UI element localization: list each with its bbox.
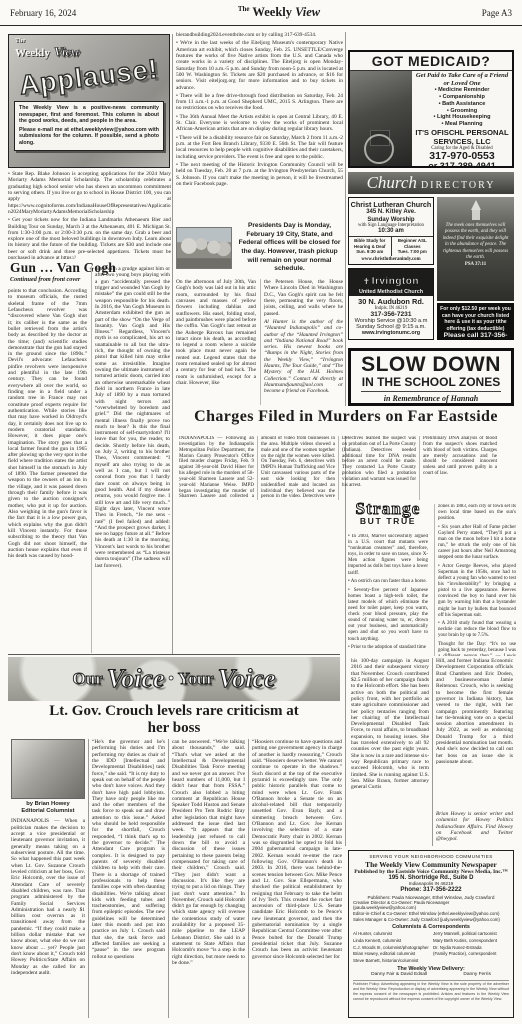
bullet-item: • State Rep. Blake Johnson is accepting … [8, 171, 171, 215]
columnists-right: Jerry Mannell, political cartoonist Mary… [433, 931, 509, 964]
community-bullets-middle: bierandbuilding2024.eventbrite.com or by… [176, 32, 343, 218]
opinion-headline-line-1: Lt. Gov. Crouch levels rare criticism at [8, 703, 340, 720]
medicaid-bullet: • Light Housekeeping [415, 114, 509, 121]
column-rule [345, 32, 346, 406]
opinion-article: by Brian Howey Editorial Columnist INDIA… [8, 739, 345, 1018]
church-directory-caps: Directory [421, 180, 496, 191]
strange-column-2: zones in 1883, each city or town set its… [434, 504, 516, 656]
strange-item: • Seventy-five percent of Japanese homes… [348, 588, 428, 643]
church-directory-header: Church Directory [348, 172, 514, 194]
van-gogh-column-4-text: the Petersen House, the House Where Linc… [264, 279, 343, 317]
applause-body: The Weekly View is a positive-news commu… [19, 105, 159, 125]
masthead-serving: SERVING YOUR NEIGHBORHOOD COMMUNITIES [353, 854, 509, 859]
howey-photo [11, 739, 85, 799]
columnist: Linda Kennett, columnist [353, 938, 429, 945]
page-header: February 16, 2024 The Weekly View Page A… [0, 0, 522, 26]
strange-item: zones in 1883, each city or town set its… [438, 504, 516, 522]
psalm-reference: PSA 37:11 [437, 262, 514, 267]
columnist: Mary Beth Kutins, correspondent [433, 938, 509, 945]
christ-lutheran-address: 345 N. Kitley Ave. [349, 209, 433, 215]
bullet-item: • There will be a disability resource fa… [176, 135, 343, 160]
strange-item: Thought for the Day: “It's no use going … [438, 642, 516, 656]
medicaid-subtitle: Get Paid to Take Care of a Friend or Lov… [415, 72, 509, 87]
publisher-policy: Publisher Policy: Advertising appearing … [353, 980, 509, 1002]
applause-text-box: The Weekly View is a positive-news commu… [14, 101, 164, 151]
charges-column-1: INDIANAPOLIS — Following an investigatio… [176, 436, 257, 500]
masthead-box: SERVING YOUR NEIGHBORHOOD COMMUNITIES Th… [348, 850, 514, 1018]
but-true-logo-text: BUT TRUE [348, 517, 428, 526]
strange-item: • Actor George Reeves, who played Superm… [438, 564, 516, 619]
opinion-column-4: “Hoosiers continue to have questions and… [248, 739, 345, 1018]
masthead-publishers: Publishers: Paula Nicewanger, Ethel Wins… [353, 895, 509, 900]
columnist: Jerry Mannell, political cartoonist [433, 931, 509, 938]
offer-phone: Please call 317-356-2222 [440, 332, 511, 340]
medicaid-bullet: • Medicine Reminder [415, 87, 509, 94]
irvington-logo-band: ✝Irvington United Methodist Church [349, 269, 433, 296]
bullet-item: • The next meeting of the Historic Irvin… [176, 162, 343, 187]
slow-down-line-2: IN THE SCHOOL ZONES [351, 376, 511, 389]
opinion-column-5-text: his 100-day campaign in August 2016 and … [351, 658, 429, 846]
opinion-headline: Lt. Gov. Crouch levels rare criticism at… [8, 703, 340, 737]
medicaid-ad: GOT MEDICAID? Get Paid to Take Care of a… [348, 50, 514, 168]
medicaid-phone-2: or 317-289-4941 [415, 162, 509, 168]
byline-title: Editorial Columnist [11, 808, 85, 815]
medicaid-bullet: • Companionship [415, 94, 509, 101]
columnist: (Family Practice), correspondent [433, 951, 509, 958]
strange-item: • Prior to the adoption of standard time [348, 645, 428, 651]
presidents-day-text: Presidents Day is Monday, February 19 Ci… [236, 222, 343, 273]
strange-item: • Six years after Hall of Fame pitcher G… [438, 525, 516, 562]
banner-our: Our [73, 669, 103, 689]
charges-column-2: amount of video from businesses in the a… [257, 436, 338, 500]
church-listing-offer: For only $12.50 per week you can have yo… [437, 303, 514, 340]
medicaid-company-1: IT'S OFISCHL PERSONAL [415, 129, 509, 137]
church-steeple-photo: The meek ones themselves will possess th… [437, 197, 514, 301]
opinion-author-bio: Brian Howey is senior writer and columni… [436, 811, 513, 845]
masthead-phone: Phone: 317-356-2222 [353, 886, 509, 893]
opinion-right-columns: his 100-day campaign in August 2016 and … [348, 658, 516, 846]
masthead-owner: Creative Director & Co-Owner: Paula Nice… [353, 900, 509, 911]
newspaper-masthead: The Weekly View [238, 5, 320, 20]
column-rule [172, 34, 173, 654]
opinion-column-6: Hill, and former Indiana Economic Develo… [432, 658, 516, 846]
opinion-column-3-text: can be answered. “We're talking about th… [172, 739, 245, 1018]
opinion-column-5: his 100-day campaign in August 2016 and … [348, 658, 432, 846]
applause-ad: The Weekly View Applause! The Weekly Vie… [8, 34, 170, 168]
charges-headline: Charges Filed in Murders on Far Eastside [176, 408, 516, 426]
columnists-left: Al Hunter, columnist Linda Kennett, colu… [353, 931, 429, 964]
applause-body-2: Please e-mail me at ethel.weeklyview@yah… [19, 127, 159, 147]
strange-logo-text: Strange [348, 500, 428, 517]
christ-lutheran-time: 10:30 am [349, 228, 433, 234]
medicaid-bullet: • Bath Assistance [415, 101, 509, 108]
masthead-weekly: Weekly [252, 5, 292, 19]
columnists-list: Al Hunter, columnist Linda Kennett, colu… [353, 931, 509, 964]
applause-logo-weekly: Weekly [15, 47, 50, 59]
medicaid-company-2: SERVICES, LLC [415, 138, 509, 146]
irvington-phone: 317-356-7231 [349, 311, 433, 318]
opinion-column-1: by Brian Howey Editorial Columnist INDIA… [8, 739, 88, 1018]
presidents-day-notice: Presidents Day is Monday, February 19 Ci… [176, 222, 343, 274]
van-gogh-column-1: points to that conclusion. According to … [8, 288, 87, 653]
banner-voice-2: Voice [218, 664, 276, 694]
strange-column-1: • In 2003, Marvel successfully argued in… [348, 534, 428, 656]
page-date: February 16, 2024 [10, 8, 76, 18]
masthead-owner: Editor-in-Chief & Co-Owner: Ethel Winslo… [353, 911, 509, 917]
van-gogh-column-3: On the afternoon of July 30th, Van Gogh'… [176, 279, 256, 405]
bullet-item: bierandbuilding2024.eventbrite.com or by… [176, 32, 343, 38]
asl-classes-time: Tues. 7:00 pm [393, 249, 433, 255]
opinion-column-1-text: INDIANAPOLIS — When a politician makes t… [11, 818, 85, 1004]
columnist: C.J. Woods III, columnist/photographer [353, 945, 429, 952]
medicaid-bullet: • Meal Planning [415, 121, 509, 128]
medicaid-ad-body: Get Paid to Take Care of a Friend or Lov… [350, 71, 512, 168]
christ-lutheran-website: www.christlutheranindy.com [349, 256, 433, 263]
steeple-spire-shape [471, 200, 481, 210]
opinion-headline-line-2: her boss [8, 720, 340, 737]
bullet-item: • We're in the last weeks of the Eiteljo… [176, 40, 343, 91]
continued-note: Continued from front cover [10, 276, 100, 283]
van-gogh-author-bio: Al Hunter is the author of the “Haunted … [264, 319, 343, 395]
applause-logo-view: View [54, 44, 80, 59]
christ-lutheran-name: Christ Lutheran Church [349, 198, 433, 209]
delivery-name: Danny Ferris [463, 972, 490, 977]
masthead-owner: Sales Manager & Co-Owner: Judy Crawford … [353, 917, 509, 923]
delivery-name: Danny Fair & David Edsall [371, 972, 427, 977]
van-gogh-column-2: lums with a grudge against him or after … [91, 266, 170, 653]
medicaid-bullet: • Grooming [415, 108, 509, 115]
opinion-column-3: can be answered. “We're talking about th… [168, 739, 248, 1018]
columnist: Dr. Nydia Nunez-Estrada [433, 945, 509, 952]
columnist: Brian Howey, editorial columnist [353, 951, 429, 958]
columnists-header: Columnists & Correspondents [353, 924, 509, 930]
opinion-column-2-text: “He's the governor and he's performing h… [92, 739, 165, 1018]
irvington-name: Irvington [372, 276, 419, 287]
medicaid-ad-text: Get Paid to Take Care of a Friend or Lov… [412, 71, 512, 168]
christ-lutheran-schedule: Bible Study for Hearing & Deaf Sun. 9:30… [349, 236, 433, 256]
van-gogh-column-4: the Petersen House, the House Where Linc… [260, 279, 343, 405]
masthead-the: The [238, 5, 250, 13]
irvington-address: 30 N. Audubon Rd. [349, 297, 433, 306]
irvington-website: www.irvingtonumc.org [349, 330, 433, 337]
our-voice-banner: Our Voice • Your Voice [8, 657, 340, 701]
offer-text: For only $12.50 per week you can have yo… [440, 306, 511, 332]
asl-classes-cell: Beginner ASL Classes Tues. 7:00 pm [391, 237, 434, 256]
bible-study-label: Bible Study for Hearing & Deaf [350, 238, 390, 249]
psalm-verse: The meek ones themselves will possess th… [437, 220, 514, 261]
irvington-denomination: United Methodist Church [349, 289, 433, 295]
rushmore-photo [176, 227, 232, 269]
banner-your: Your [178, 669, 214, 689]
slow-down-notice: SLOW DOWN IN THE SCHOOL ZONES in Remembr… [348, 348, 514, 406]
wheelchair-wheel-shape [364, 134, 394, 164]
slow-down-line-1: SLOW DOWN [351, 354, 511, 376]
delivery-names: Danny Fair & David Edsall Danny Ferris [353, 972, 509, 977]
strange-but-true-logo: Strange BUT TRUE [348, 500, 428, 526]
bullet-item: • The 36th Annual Meet the Artists exhib… [176, 114, 343, 133]
bible-study-time: Sun. 9:30 am [350, 249, 390, 255]
masthead-title: The Weekly View Community Newspaper [353, 860, 509, 869]
cross-icon: ✝ [363, 277, 370, 286]
irvington-umc-ad: ✝Irvington United Methodist Church 30 N.… [348, 268, 434, 340]
banner-voice-1: Voice [107, 664, 165, 694]
columnist: Al Hunter, columnist [353, 931, 429, 938]
christ-lutheran-ad: Christ Lutheran Church 345 N. Kitley Ave… [348, 197, 434, 265]
wheelchair-photo [350, 71, 412, 168]
steeple-tower-shape [472, 210, 480, 220]
strange-item: • An ostrich can run faster than a horse… [348, 579, 428, 585]
church-directory-script: Church [367, 172, 417, 194]
bullet-item: • There will be a free drive-through foo… [176, 93, 343, 112]
charges-column-3: Detectives learned the suspect was on pr… [338, 436, 419, 500]
strange-item: • In 2003, Marvel successfully argued in… [348, 534, 428, 577]
community-bullets-left: • State Rep. Blake Johnson is accepting … [8, 171, 171, 259]
masthead-view: View [295, 5, 320, 19]
strange-item: • A 2018 study found that wearing a neck… [438, 621, 516, 639]
medicaid-ad-title: GOT MEDICAID? [350, 52, 512, 71]
asl-classes-label: Beginner ASL Classes [393, 238, 433, 249]
charges-column-4: Preliminary DNA analysis of blood from t… [419, 436, 500, 500]
applause-logo-the: The [15, 38, 169, 44]
charges-article: INDIANAPOLIS — Following an investigatio… [176, 436, 516, 500]
opinion-column-6-text: Hill, and former Indiana Economic Develo… [436, 658, 513, 808]
columnist: Steve Barnett, historian/columnist [353, 958, 429, 965]
opinion-column-2: “He's the governor and he's performing h… [88, 739, 168, 1018]
byline-name: by Brian Howey [11, 801, 85, 808]
bible-study-cell: Bible Study for Hearing & Deaf Sun. 9:30… [349, 237, 391, 256]
banner-dot: • [169, 671, 174, 688]
newspaper-page: February 16, 2024 The Weekly View Page A… [0, 0, 522, 1024]
opinion-column-4-text: “Hoosiers continue to have questions and… [252, 739, 342, 1018]
page-number: Page A3 [482, 8, 512, 18]
bullet-item: • Get your tickets now for the Indiana L… [8, 217, 171, 259]
byline: by Brian Howey Editorial Columnist [11, 801, 85, 815]
slow-down-line-3: in Remembrance of Hannah [361, 391, 501, 403]
section-divider [8, 654, 340, 655]
